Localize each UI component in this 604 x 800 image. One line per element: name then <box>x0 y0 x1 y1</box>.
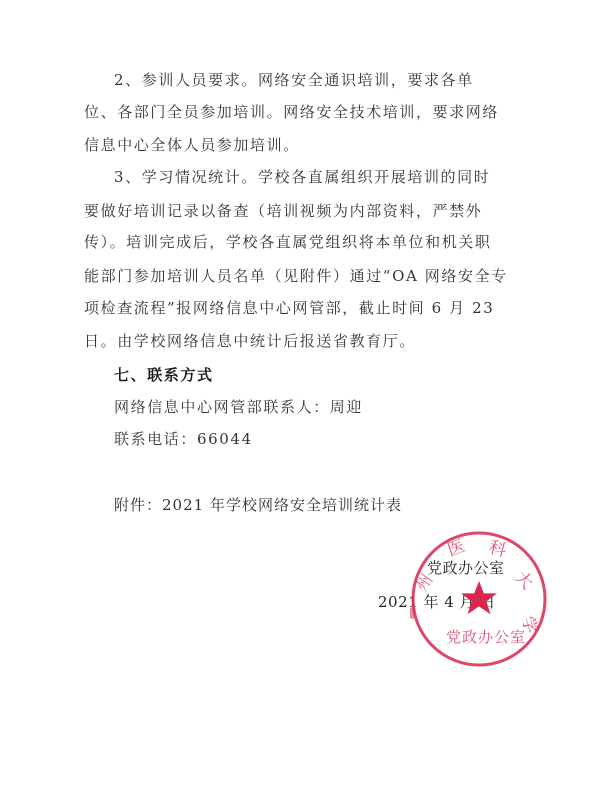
svg-text:医: 医 <box>445 536 468 561</box>
item3-line-3: 传）。培训完成后，学校各直属党组织将本单位和机关职 <box>84 232 492 252</box>
item2-line-3: 信息中心全体人员参加培训。 <box>84 135 300 155</box>
contact-phone: 联系电话：66044 <box>114 429 253 449</box>
svg-text:科: 科 <box>487 538 509 562</box>
section-heading-contact: 七、联系方式 <box>114 365 214 385</box>
contact-person: 网络信息中心网管部联系人：周迎 <box>114 397 363 417</box>
official-seal: 州 医 科 大 学 ■ 党政办公室 <box>410 530 548 668</box>
document-page: 2、参训人员要求。网络安全通识培训，要求各单 位、各部门全员参加培训。网络安全技… <box>0 0 604 800</box>
item3-line-5: 项检查流程”报网络信息中心网管部，截止时间 6 月 23 <box>84 298 494 318</box>
svg-text:党政办公室: 党政办公室 <box>446 628 526 646</box>
item3-line-1: 3、学习情况统计。学校各直属组织开展培训的同时 <box>114 167 490 187</box>
svg-text:大: 大 <box>510 567 536 593</box>
star-icon <box>461 581 497 614</box>
item2-line-2: 位、各部门全员参加培训。网络安全技术培训，要求网络 <box>84 102 499 122</box>
item3-line-4: 能部门参加培训人员名单（见附件）通过“OA 网络安全专 <box>84 266 508 286</box>
item3-line-2: 要做好培训记录以备查（培训视频为内部资料，严禁外 <box>84 201 482 221</box>
seal-graphic: 州 医 科 大 学 ■ 党政办公室 <box>410 530 548 668</box>
item2-line-1: 2、参训人员要求。网络安全通识培训，要求各单 <box>114 70 474 90</box>
item3-line-6: 日。由学校网络信息中统计后报送省教育厅。 <box>84 331 416 351</box>
svg-text:州: 州 <box>412 570 437 594</box>
attachment-note: 附件：2021 年学校网络安全培训统计表 <box>114 495 402 515</box>
